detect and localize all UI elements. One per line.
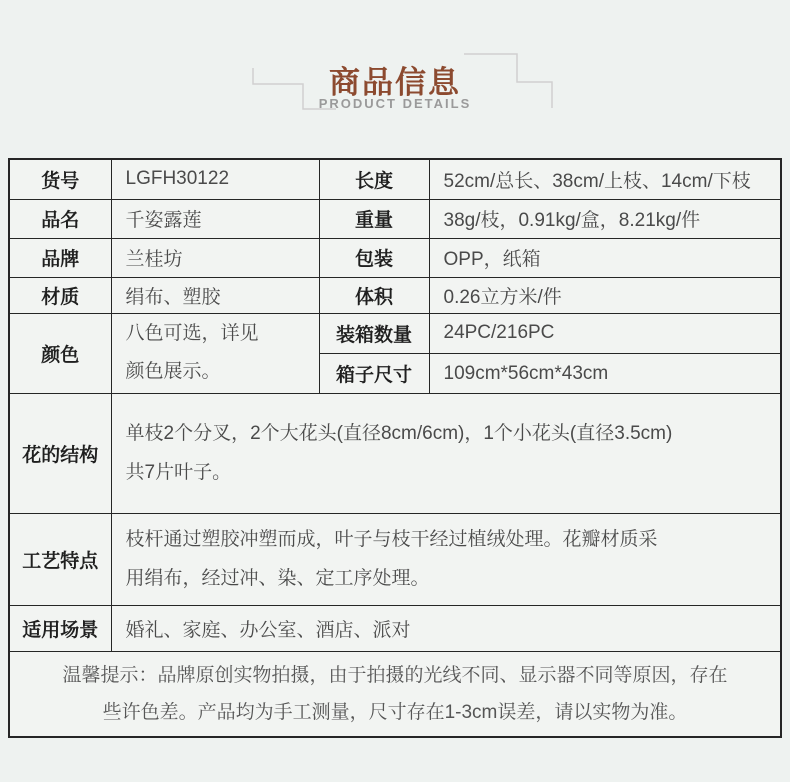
- value-length: 52cm/总长、38cm/上枝、14cm/下枝: [429, 159, 781, 199]
- label-product-name: 品名: [9, 199, 111, 238]
- label-color: 颜色: [9, 313, 111, 394]
- label-craft-features: 工艺特点: [9, 514, 111, 606]
- table-row: 颜色 八色可选，详见 颜色展示。 装箱数量 24PC/216PC: [9, 313, 781, 353]
- value-flower-structure: 单枝2个分叉，2个大花头(直径8cm/6cm)，1个小花头(直径3.5cm) 共…: [111, 394, 781, 514]
- page-subtitle: PRODUCT DETAILS: [0, 96, 790, 111]
- value-usage-scenarios: 婚礼、家庭、办公室、酒店、派对: [111, 606, 781, 652]
- value-packaging: OPP，纸箱: [429, 238, 781, 277]
- value-carton-size: 109cm*56cm*43cm: [429, 353, 781, 393]
- value-product-name: 千姿露莲: [111, 199, 319, 238]
- product-details-page: 商品信息 PRODUCT DETAILS 货号 LGFH30122 长度 52c…: [0, 0, 790, 782]
- label-material: 材质: [9, 277, 111, 313]
- value-color: 八色可选，详见 颜色展示。: [111, 313, 319, 394]
- section-header: 商品信息 PRODUCT DETAILS: [0, 0, 790, 150]
- table-row: 工艺特点 枝杆通过塑胶冲塑而成，叶子与枝干经过植绒处理。花瓣材质采 用绢布，经过…: [9, 514, 781, 606]
- table-row: 品名 千姿露莲 重量 38g/枝，0.91kg/盒，8.21kg/件: [9, 199, 781, 238]
- label-item-number: 货号: [9, 159, 111, 199]
- label-flower-structure: 花的结构: [9, 394, 111, 514]
- label-carton-quantity: 装箱数量: [319, 313, 429, 353]
- table-row: 适用场景 婚礼、家庭、办公室、酒店、派对: [9, 606, 781, 652]
- value-weight: 38g/枝，0.91kg/盒，8.21kg/件: [429, 199, 781, 238]
- label-length: 长度: [319, 159, 429, 199]
- label-packaging: 包装: [319, 238, 429, 277]
- table-row: 温馨提示：品牌原创实物拍摄，由于拍摄的光线不同、显示器不同等原因，存在 些许色差…: [9, 652, 781, 737]
- product-spec-table: 货号 LGFH30122 长度 52cm/总长、38cm/上枝、14cm/下枝 …: [8, 158, 782, 738]
- table-row: 花的结构 单枝2个分叉，2个大花头(直径8cm/6cm)，1个小花头(直径3.5…: [9, 394, 781, 514]
- value-craft-features: 枝杆通过塑胶冲塑而成，叶子与枝干经过植绒处理。花瓣材质采 用绢布，经过冲、染、定…: [111, 514, 781, 606]
- table-row: 材质 绢布、塑胶 体积 0.26立方米/件: [9, 277, 781, 313]
- value-carton-quantity: 24PC/216PC: [429, 313, 781, 353]
- value-item-number: LGFH30122: [111, 159, 319, 199]
- value-volume: 0.26立方米/件: [429, 277, 781, 313]
- notice-text: 温馨提示：品牌原创实物拍摄，由于拍摄的光线不同、显示器不同等原因，存在 些许色差…: [9, 652, 781, 737]
- label-usage-scenarios: 适用场景: [9, 606, 111, 652]
- table-row: 货号 LGFH30122 长度 52cm/总长、38cm/上枝、14cm/下枝: [9, 159, 781, 199]
- label-volume: 体积: [319, 277, 429, 313]
- label-weight: 重量: [319, 199, 429, 238]
- value-brand: 兰桂坊: [111, 238, 319, 277]
- table-row: 品牌 兰桂坊 包装 OPP，纸箱: [9, 238, 781, 277]
- label-carton-size: 箱子尺寸: [319, 353, 429, 393]
- label-brand: 品牌: [9, 238, 111, 277]
- value-material: 绢布、塑胶: [111, 277, 319, 313]
